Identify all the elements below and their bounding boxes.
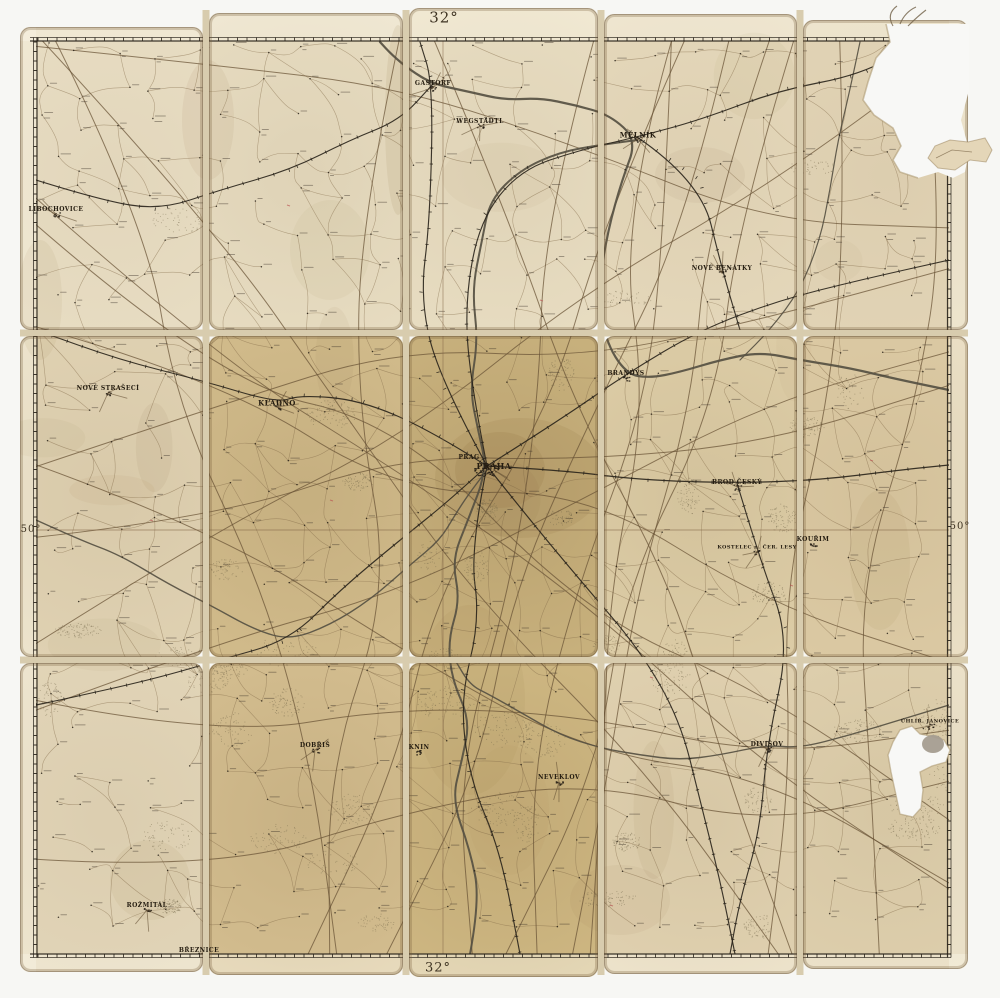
- map-sheet: 32° 32° 50° 50° PRAGPRAHALIBOCHOVICEGAST…: [0, 0, 1000, 998]
- map-canvas: [0, 0, 1000, 998]
